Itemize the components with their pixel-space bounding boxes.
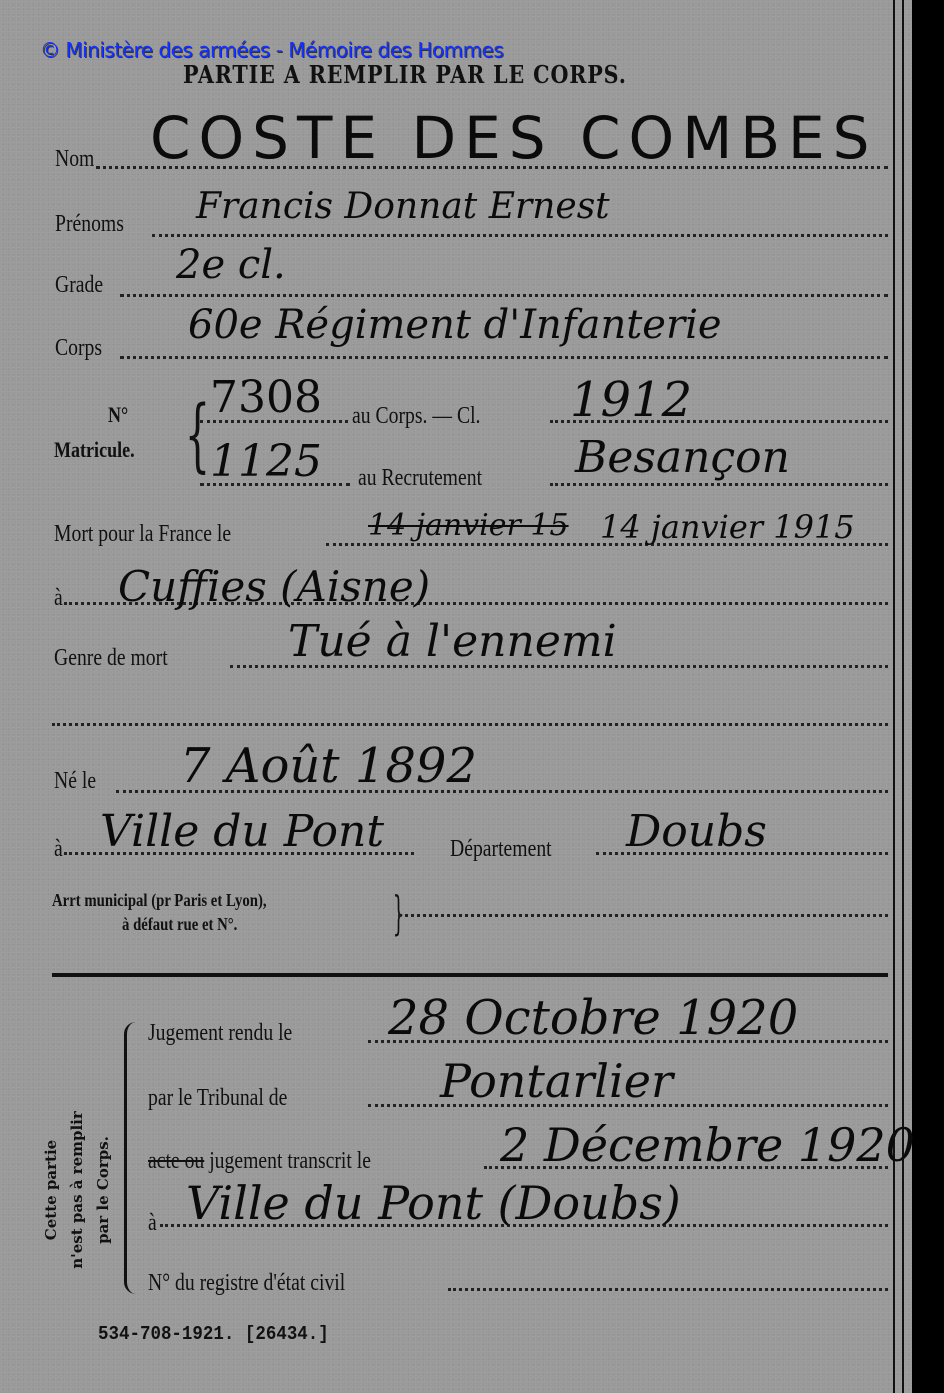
- no-label: N°: [108, 402, 128, 428]
- prenoms-value: Francis Donnat Ernest: [196, 186, 610, 227]
- transcrit-label: acte ou jugement transcrit le: [148, 1148, 371, 1175]
- transcrit-label-text: jugement transcrit le: [209, 1148, 371, 1174]
- mort-struck-value: 14 janvier 15: [368, 508, 569, 543]
- registre-line: [448, 1288, 888, 1291]
- jugement-rendu-value: 28 Octobre 1920: [388, 990, 798, 1046]
- genre-mort-label: Genre de mort: [54, 645, 168, 672]
- grade-value: 2e cl.: [176, 242, 286, 288]
- blank-line: [52, 723, 888, 726]
- jugement-rendu-label: Jugement rendu le: [148, 1020, 292, 1047]
- side-note-line: n'est pas à remplir: [64, 1090, 90, 1290]
- recrutement-place-line: [550, 483, 888, 486]
- grade-label: Grade: [55, 272, 103, 299]
- lieu-mort-value: Cuffies (Aisne): [118, 562, 430, 611]
- form-heading: PARTIE A REMPLIR PAR LE CORPS.: [183, 60, 627, 89]
- transcrit-lieu-value: Ville du Pont (Doubs): [186, 1176, 681, 1230]
- recrutement-label: au Recrutement: [358, 465, 482, 492]
- grade-line: [120, 294, 888, 297]
- lieu-naissance-label: à: [54, 836, 63, 863]
- side-note-line: Cette partie: [38, 1090, 64, 1290]
- arrondissement-label-2: à défaut rue et N°.: [122, 914, 237, 935]
- jugement-brace: [124, 1022, 139, 1294]
- tribunal-value: Pontarlier: [440, 1054, 673, 1108]
- section-divider: [52, 973, 888, 977]
- lieu-naissance-value: Ville du Pont: [100, 806, 384, 857]
- recrutement-place-value: Besançon: [575, 432, 790, 483]
- arrondissement-label: Arrt municipal (pr Paris et Lyon),: [52, 890, 267, 911]
- card-border-line: [902, 0, 904, 1393]
- prenoms-line: [152, 234, 888, 237]
- classe-value: 1912: [570, 372, 692, 428]
- tribunal-label: par le Tribunal de: [148, 1085, 287, 1112]
- print-reference: 534-708-1921. [26434.]: [98, 1323, 329, 1345]
- registre-label: N° du registre d'état civil: [148, 1270, 345, 1297]
- departement-label: Département: [450, 836, 552, 863]
- mort-value: 14 janvier 1915: [600, 508, 855, 546]
- transcrit-struck-label: acte ou: [148, 1148, 204, 1174]
- card-border-line: [893, 0, 895, 1393]
- side-note-line: par le Corps.: [90, 1090, 116, 1290]
- ne-le-value: 7 Août 1892: [180, 738, 477, 794]
- ne-le-label: Né le: [54, 768, 96, 795]
- matricule-brace: {: [185, 388, 210, 481]
- death-record-card: © Ministère des armées - Mémoire des Hom…: [0, 0, 912, 1393]
- mort-label: Mort pour la France le: [54, 521, 231, 548]
- prenoms-label: Prénoms: [55, 211, 124, 238]
- matricule-corps-label: au Corps. — Cl.: [352, 403, 480, 430]
- arrondissement-brace: }: [393, 886, 405, 940]
- matricule-label: Matricule.: [54, 437, 135, 463]
- corps-value: 60e Régiment d'Infanterie: [188, 302, 722, 348]
- recrutement-value: 1125: [210, 436, 322, 487]
- nom-label: Nom: [55, 146, 94, 173]
- corps-line: [120, 356, 888, 359]
- departement-value: Doubs: [626, 806, 767, 857]
- arrondissement-line: [398, 914, 888, 917]
- genre-mort-value: Tué à l'ennemi: [288, 616, 617, 667]
- transcrit-value: 2 Décembre 1920: [500, 1118, 915, 1172]
- lieu-mort-label: à: [54, 585, 63, 612]
- transcrit-lieu-label: à: [148, 1210, 157, 1237]
- copyright-watermark: © Ministère des armées - Mémoire des Hom…: [40, 38, 503, 62]
- nom-value: COSTE DES COMBES: [150, 104, 877, 172]
- side-note: Cette partie n'est pas à remplir par le …: [38, 1090, 116, 1290]
- corps-label: Corps: [55, 335, 102, 362]
- matricule-corps-value: 7308: [210, 372, 322, 423]
